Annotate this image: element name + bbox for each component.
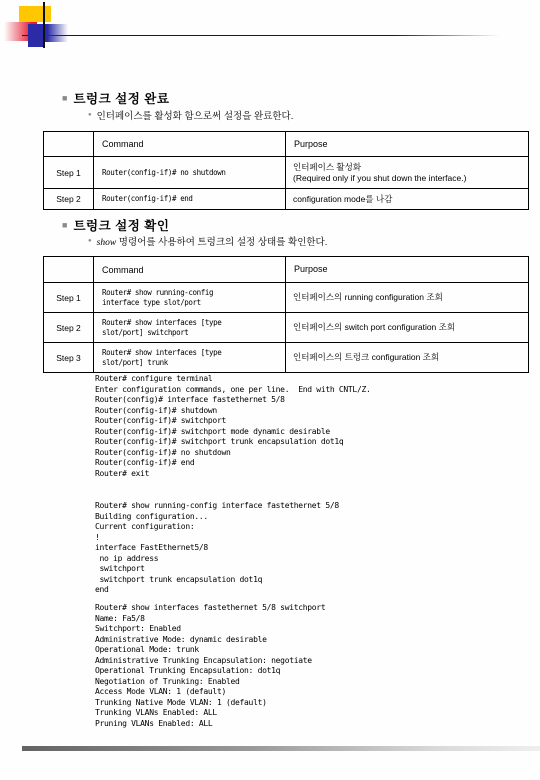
purpose-cell: 인터페이스 활성화 (Required only if you shut dow… — [286, 157, 529, 189]
purpose-cell: configuration mode를 나감 — [286, 189, 529, 210]
section-subtitle-trunk-verify: ● show 명령어를 사용하여 트렁크의 설정 상태를 확인한다. — [88, 234, 327, 248]
table-header-row: Command Purpose — [44, 257, 529, 283]
logo-blue-square — [28, 24, 68, 42]
section-title: 트렁크 설정 완료 — [73, 89, 169, 107]
step-cell: Step 1 — [44, 157, 94, 189]
dot-bullet-icon: ● — [88, 238, 92, 244]
command-cell: Router(config-if)# no shutdown — [94, 157, 286, 189]
console-output-show-running-config: Router# show running-config interface fa… — [95, 501, 339, 596]
command-cell: Router# show interfaces [type slot/port]… — [94, 343, 286, 373]
header-command-cell: Command — [94, 257, 286, 283]
subtitle-text: 인터페이스를 활성화 함으로써 설정을 완료한다. — [97, 108, 294, 122]
command-cell: Router(config-if)# end — [94, 189, 286, 210]
command-cell: Router# show running-config interface ty… — [94, 283, 286, 313]
table-row: Step 3 Router# show interfaces [type slo… — [44, 343, 529, 373]
purpose-cell: 인터페이스의 트렁크 configuration 조회 — [286, 343, 529, 373]
command-cell: Router# show interfaces [type slot/port]… — [94, 313, 286, 343]
header-purpose-cell: Purpose — [286, 132, 529, 157]
section-subtitle-trunk-complete: ● 인터페이스를 활성화 함으로써 설정을 완료한다. — [88, 108, 293, 122]
subtitle-text: show 명령어를 사용하여 트렁크의 설정 상태를 확인한다. — [97, 234, 328, 248]
dot-bullet-icon: ● — [88, 112, 92, 118]
header-step-cell — [44, 257, 94, 283]
subtitle-rest: 명령어를 사용하여 트렁크의 설정 상태를 확인한다. — [116, 237, 327, 248]
table-row: Step 2 Router# show interfaces [type slo… — [44, 313, 529, 343]
step-cell: Step 2 — [44, 313, 94, 343]
square-bullet-icon: ■ — [62, 221, 67, 230]
header-command-cell: Command — [94, 132, 286, 157]
header-step-cell — [44, 132, 94, 157]
logo-horizontal-rule — [22, 35, 500, 36]
logo-yellow-square — [19, 6, 51, 22]
table-row: Step 1 Router# show running-config inter… — [44, 283, 529, 313]
logo-vertical-rule — [43, 2, 45, 48]
purpose-cell: 인터페이스의 switch port configuration 조회 — [286, 313, 529, 343]
section-heading-trunk-verify: ■ 트렁크 설정 확인 — [62, 216, 169, 234]
header-purpose-cell: Purpose — [286, 257, 529, 283]
table-row: Step 1 Router(config-if)# no shutdown 인터… — [44, 157, 529, 189]
console-output-configure: Router# configure terminal Enter configu… — [95, 374, 371, 479]
table-row: Step 2 Router(config-if)# end configurat… — [44, 189, 529, 210]
trunk-complete-table: Command Purpose Step 1 Router(config-if)… — [43, 131, 529, 210]
trunk-verify-table: Command Purpose Step 1 Router# show runn… — [43, 256, 529, 373]
step-cell: Step 2 — [44, 189, 94, 210]
purpose-cell: 인터페이스의 running configuration 조회 — [286, 283, 529, 313]
show-keyword: show — [97, 238, 117, 248]
console-output-show-switchport: Router# show interfaces fastethernet 5/8… — [95, 603, 325, 729]
section-title: 트렁크 설정 확인 — [73, 216, 169, 234]
table-header-row: Command Purpose — [44, 132, 529, 157]
section-heading-trunk-complete: ■ 트렁크 설정 완료 — [62, 89, 169, 107]
step-cell: Step 1 — [44, 283, 94, 313]
step-cell: Step 3 — [44, 343, 94, 373]
square-bullet-icon: ■ — [62, 94, 67, 103]
bottom-gradient-rule — [22, 746, 540, 751]
